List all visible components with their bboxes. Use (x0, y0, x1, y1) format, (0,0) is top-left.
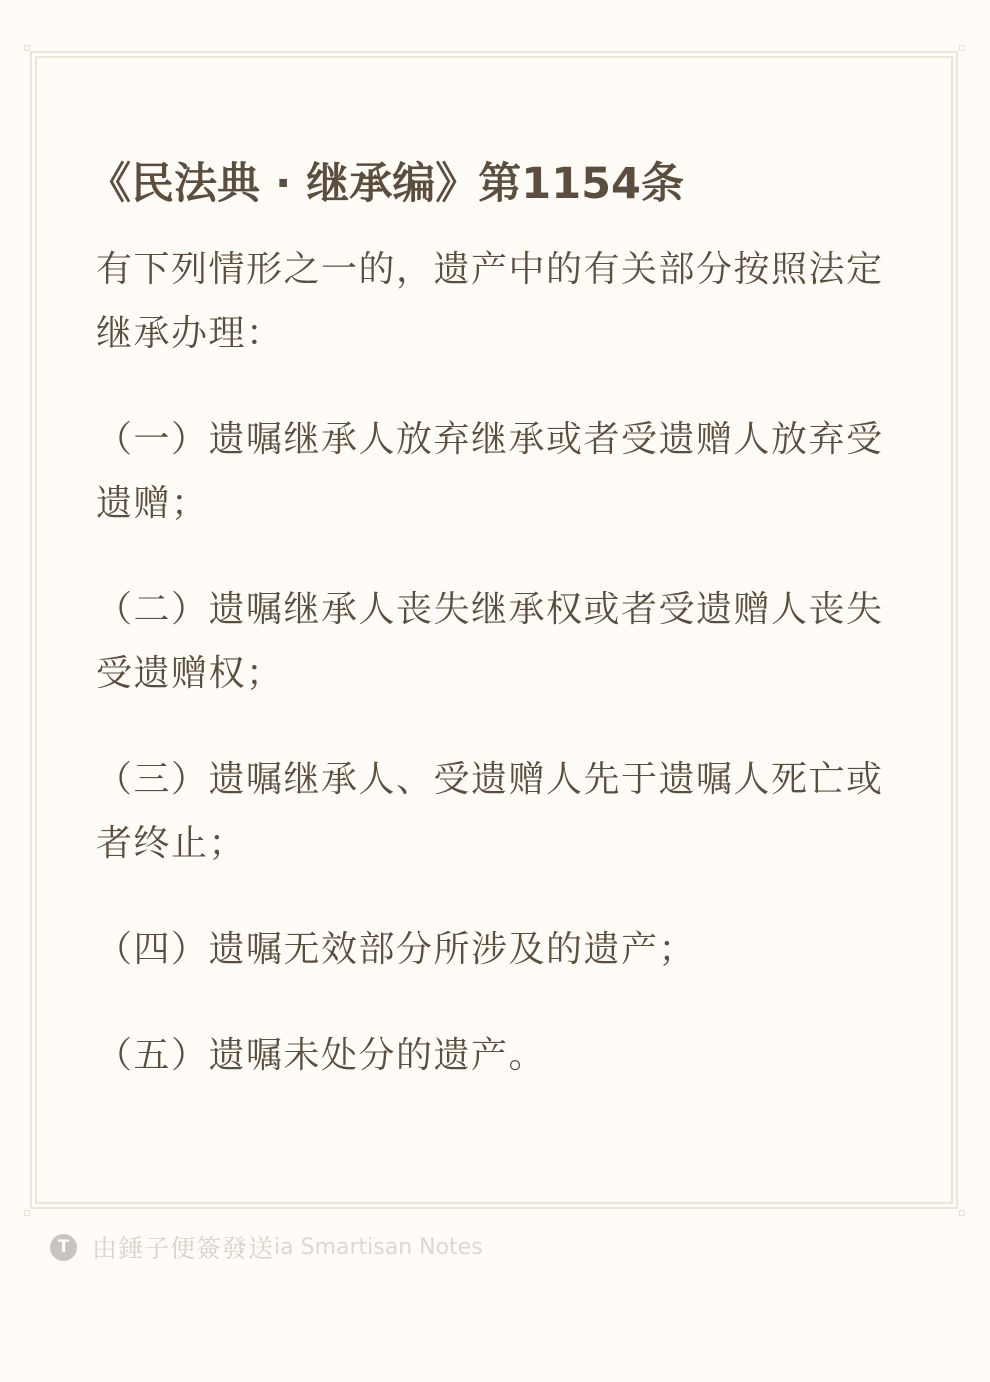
footer-text-english: ia Smartisan Notes (274, 1235, 483, 1260)
note-paragraph-item-1: （一）遗嘱继承人放弃继承或者受遗赠人放弃受遗赠； (96, 408, 886, 536)
smartisan-logo-icon: T (50, 1234, 77, 1261)
footer-attribution: T 由錘子便簽發送 ia Smartisan Notes (50, 1232, 483, 1262)
note-title: 《民法典 · 继承编》第1154条 (88, 150, 886, 218)
note-paragraph-item-4: （四）遗嘱无效部分所涉及的遗产； (96, 918, 886, 982)
note-paragraph-item-3: （三）遗嘱继承人、受遗赠人先于遗嘱人死亡或者终止； (96, 748, 886, 876)
note-paragraph-item-2: （二）遗嘱继承人丧失继承权或者受遗赠人丧失受遗赠权； (96, 578, 886, 706)
note-content: 《民法典 · 继承编》第1154条 有下列情形之一的，遗产中的有关部分按照法定继… (96, 150, 886, 1130)
note-paragraph-item-5: （五）遗嘱未处分的遗产。 (96, 1024, 886, 1088)
note-paragraph-intro: 有下列情形之一的，遗产中的有关部分按照法定继承办理： (96, 238, 886, 366)
frame-corner-bottom-right (959, 1210, 965, 1216)
footer-text-chinese: 由錘子便簽發送 (92, 1229, 274, 1265)
frame-corner-top-right (959, 45, 965, 51)
frame-corner-bottom-left (24, 1210, 30, 1216)
frame-corner-top-left (24, 45, 30, 51)
